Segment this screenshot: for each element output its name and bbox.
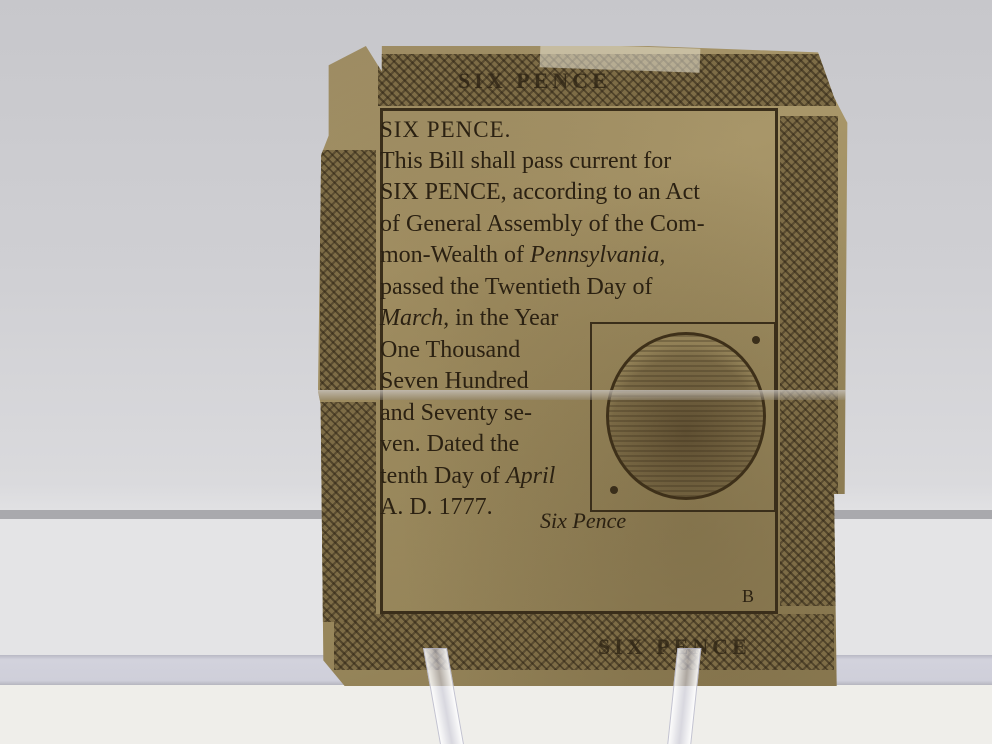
bill-text-line: This Bill shall pass current for xyxy=(380,146,790,178)
seal-box xyxy=(590,322,776,512)
border-top-text: SIX PENCE xyxy=(458,68,611,94)
seal-dot-icon xyxy=(752,336,760,344)
seal-dot-icon xyxy=(610,486,618,494)
border-bottom xyxy=(334,614,834,670)
bill-text-line: of General Assembly of the Com- xyxy=(380,209,790,241)
denomination-heading: SIX PENCE. xyxy=(380,114,790,146)
border-left-upper xyxy=(320,150,376,390)
bill-text-line: SIX PENCE, according to an Act xyxy=(380,177,790,209)
bill-text-line: passed the Twentieth Day of xyxy=(380,272,790,304)
table-surface xyxy=(0,685,992,744)
border-bottom-text: SIX PENCE xyxy=(598,634,751,660)
bill-text-line: mon-Wealth of Pennsylvania, xyxy=(380,240,790,272)
seal-emblem-icon xyxy=(606,332,766,500)
plate-letter: B xyxy=(742,586,754,607)
border-left-lower xyxy=(320,402,376,622)
fold-tear xyxy=(318,390,850,400)
banknote: SIX PENCE SIX PENCE SIX PENCE. This Bill… xyxy=(318,46,850,686)
seal-caption: Six Pence xyxy=(540,508,626,534)
